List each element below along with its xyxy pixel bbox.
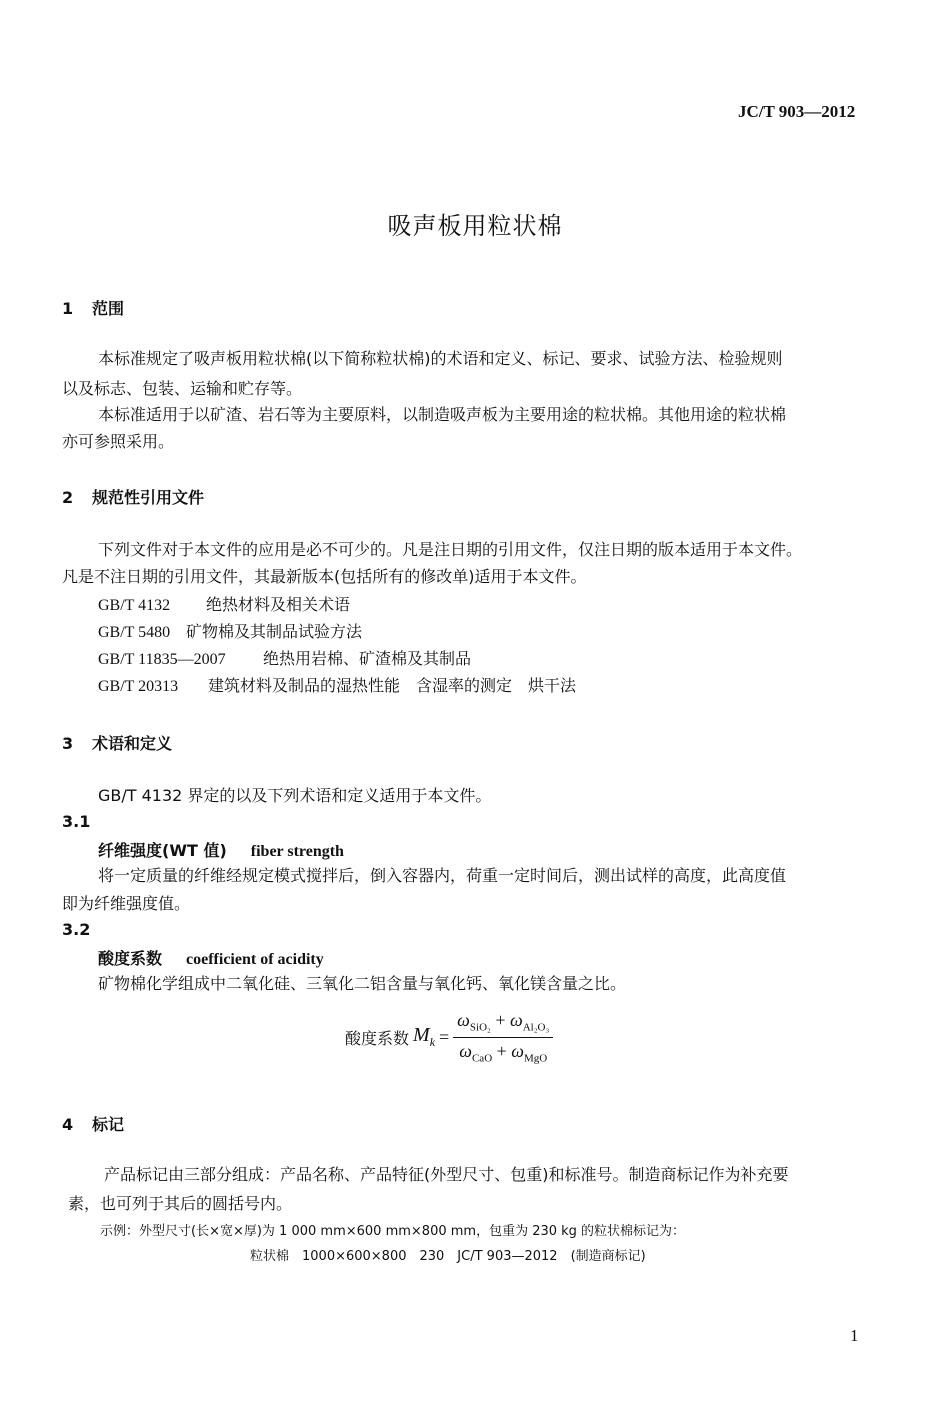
section-1-paragraph-1-line-1: 本标准规定了吸声板用粒状棉(以下简称粒状棉)的术语和定义、标记、要求、试验方法、… <box>98 346 783 369</box>
section-2-heading: 2规范性引用文件 <box>62 485 204 508</box>
acidity-coefficient-formula: 酸度系数 Mk = ωSiO₂ + ωAl₂O₃ ωCaO + ωMgO <box>345 1010 553 1064</box>
fraction-bar <box>453 1037 553 1038</box>
standard-number: JC/T 903—2012 <box>738 102 855 122</box>
reference-item: GB/T 11835—2007绝热用岩棉、矿渣棉及其制品 <box>98 646 471 669</box>
term-3-1-title: 纤维强度(WT 值)fiber strength <box>98 838 344 861</box>
reference-item: GB/T 5480矿物棉及其制品试验方法 <box>98 619 362 642</box>
section-4-heading: 4标记 <box>62 1112 124 1135</box>
section-1-paragraph-2-line-2: 亦可参照采用。 <box>62 429 174 452</box>
reference-item: GB/T 20313建筑材料及制品的湿热性能 含湿率的测定 烘干法 <box>98 673 576 696</box>
term-3-1-definition-line-2: 即为纤维强度值。 <box>62 891 190 914</box>
page-number: 1 <box>850 1326 859 1346</box>
formula-denominator: ωCaO + ωMgO <box>455 1041 551 1065</box>
term-3-1-definition-line-1: 将一定质量的纤维经规定模式搅拌后，倒入容器内，荷重一定时间后，测出试样的高度，此… <box>98 863 786 886</box>
term-3-2-number: 3.2 <box>62 920 90 939</box>
section-1-paragraph-2-line-1: 本标准适用于以矿渣、岩石等为主要原料，以制造吸声板为主要用途的粒状棉。其他用途的… <box>98 402 786 425</box>
marking-example: 粒状棉 1000×600×800 230 JC/T 903—2012 (制造商标… <box>250 1245 646 1264</box>
section-3-heading: 3术语和定义 <box>62 731 172 754</box>
document-title: 吸声板用粒状棉 <box>0 206 950 241</box>
term-3-1-number: 3.1 <box>62 812 90 831</box>
formula-fraction: ωSiO₂ + ωAl₂O₃ ωCaO + ωMgO <box>453 1010 553 1064</box>
section-4-paragraph-line-2: 素，也可列于其后的圆括号内。 <box>68 1191 292 1214</box>
section-2-intro-line-1: 下列文件对于本文件的应用是必不可少的。凡是注日期的引用文件，仅注日期的版本适用于… <box>98 537 802 560</box>
reference-item: GB/T 4132绝热材料及相关术语 <box>98 592 350 615</box>
section-2-intro-line-2: 凡是不注日期的引用文件，其最新版本(包括所有的修改单)适用于本文件。 <box>62 564 587 587</box>
formula-numerator: ωSiO₂ + ωAl₂O₃ <box>453 1010 553 1034</box>
section-3-intro: GB/T 4132 界定的以及下列术语和定义适用于本文件。 <box>98 783 491 806</box>
section-1-paragraph-1-line-2: 以及标志、包装、运输和贮存等。 <box>62 376 302 399</box>
section-1-heading: 1范围 <box>62 296 124 319</box>
term-3-2-definition: 矿物棉化学组成中二氧化硅、三氧化二铝含量与氧化钙、氧化镁含量之比。 <box>98 971 626 994</box>
section-4-paragraph-line-1: 产品标记由三部分组成：产品名称、产品特征(外型尺寸、包重)和标准号。制造商标记作… <box>104 1162 789 1185</box>
term-3-2-title: 酸度系数coefficient of acidity <box>98 946 324 969</box>
marking-example-note: 示例：外型尺寸(长×宽×厚)为 1 000 mm×600 mm×800 mm，包… <box>100 1220 685 1239</box>
